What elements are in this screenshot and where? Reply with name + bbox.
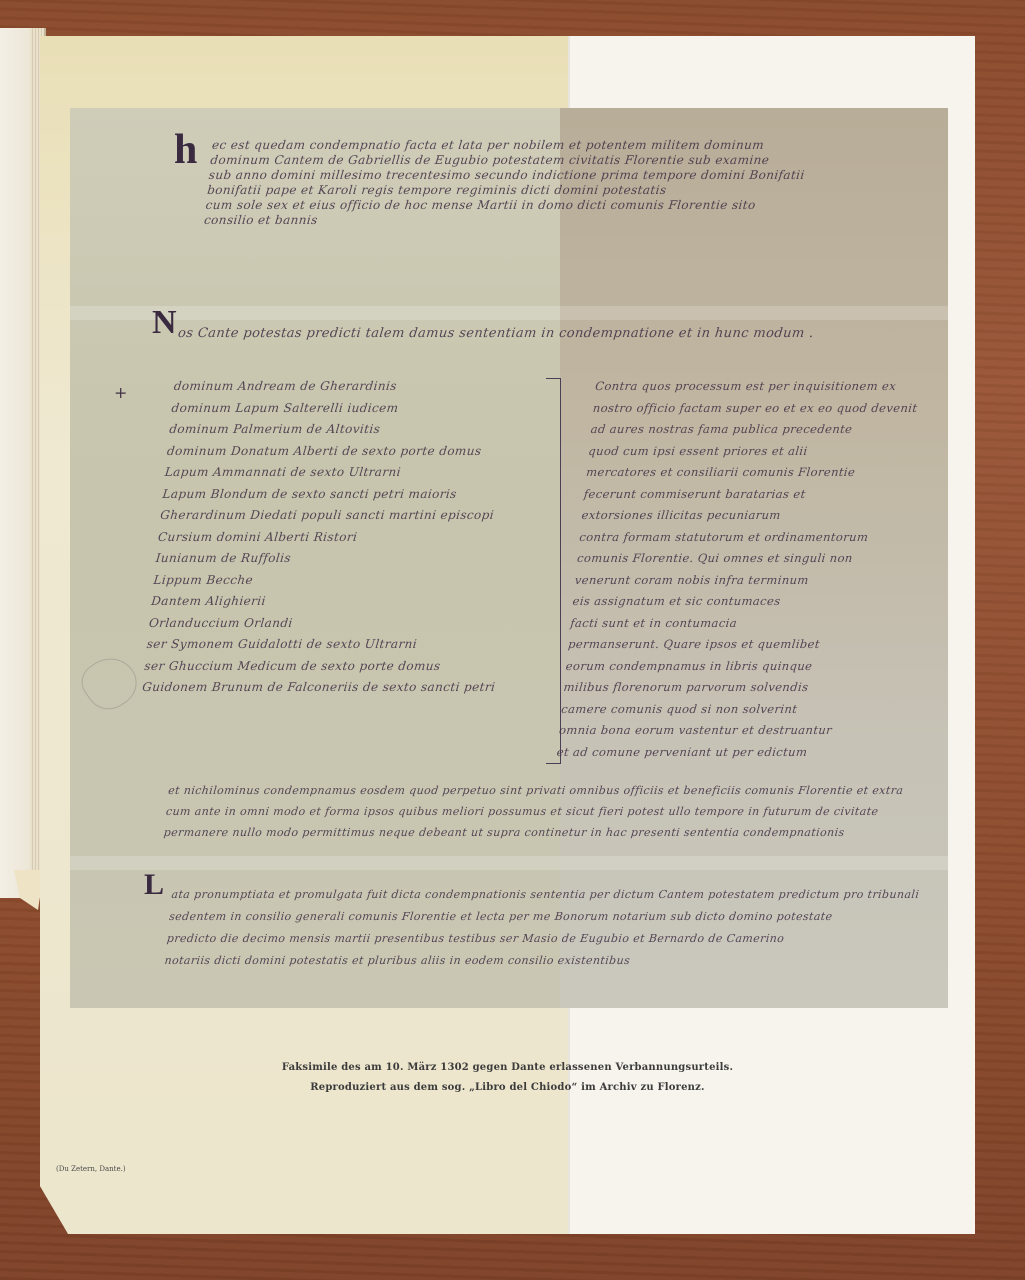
header-paragraph: ec est quedam condempnatio facta et lata… [203,138,808,228]
manuscript-line: predicto die decimo mensis martii presen… [166,928,916,950]
list-item: Gherardinum Diedati populi sancti martin… [159,505,514,527]
list-bracket [546,378,561,764]
list-item: Guidonem Brunum de Falconeriis de sexto … [141,677,496,699]
manuscript-line: quod cum ipsi essent priores et alii [587,441,914,463]
book-page-edges [0,28,46,898]
list-item: dominum Donatum Alberti de sexto porte d… [166,441,521,463]
list-item: Iunianum de Ruffolis [155,548,510,570]
manuscript-line: venerunt coram nobis infra terminum [574,570,901,592]
manuscript-line: cum ante in omni modo et forma ipsos qui… [165,801,902,822]
cross-mark-icon: + [114,383,127,402]
list-item: Lippum Becche [152,570,507,592]
manuscript-line: ata pronumptiata et promulgata fuit dict… [170,884,920,906]
manuscript-line: comunis Florentie. Qui omnes et singuli … [576,548,903,570]
footer-paragraph: ata pronumptiata et promulgata fuit dict… [163,884,920,972]
list-item: ser Ghuccium Medicum de sexto porte domu… [143,656,498,678]
list-item: dominum Lapum Salterelli iudicem [170,398,525,420]
manuscript-line: sub anno domini millesimo trecentesimo s… [208,168,805,183]
manuscript-line: ad aures nostras fama publica precedente [590,419,917,441]
manuscript-line: et nichilominus condempnamus eosdem quod… [167,780,904,801]
sentence-heading: os Cante potestas predicti talem damus s… [177,326,814,341]
caption-line-2: Reproduziert aus dem sog. „Libro del Chi… [40,1082,975,1093]
manuscript-line: et ad comune perveniant ut per edictum [556,742,883,764]
manuscript-line: mercatores et consiliarii comunis Floren… [585,462,912,484]
manuscript-line: milibus florenorum parvorum solvendis [562,677,889,699]
manuscript-line: sedentem in consilio generali comunis Fl… [168,906,918,928]
caption-line-1: Faksimile des am 10. März 1302 gegen Dan… [40,1062,975,1073]
credit-note: (Du Zetern, Dante.) [56,1165,126,1173]
manuscript-line: dominum Cantem de Gabriellis de Eugubio … [210,153,807,168]
manuscript-line: Contra quos processum est per inquisitio… [594,376,921,398]
list-item: ser Symonem Guidalotti de sexto Ultrarni [146,634,501,656]
manuscript-line: permanserunt. Quare ipsos et quemlibet [567,634,894,656]
manuscript-line: omnia bona eorum vastentur et destruantu… [558,720,885,742]
manuscript-line: consilio et bannis [203,213,800,228]
manuscript-line: camere comunis quod si non solverint [560,699,887,721]
charges-column: Contra quos processum est per inquisitio… [556,376,921,763]
manuscript-line: eis assignatum et sic contumaces [571,591,898,613]
manuscript-line: contra formam statutorum et ordinamentor… [578,527,905,549]
fold-band [70,856,948,870]
fold-band [70,306,948,320]
decorated-initial-h: h [174,126,197,174]
manuscript-line: facti sunt et in contumacia [569,613,896,635]
manuscript-line: extorsiones illicitas pecuniarum [581,505,908,527]
continuation-paragraph: et nichilominus condempnamus eosdem quod… [163,780,905,843]
decorated-initial-l: L [144,868,164,902]
manuscript-line: permanere nullo modo permittimus neque d… [163,822,900,843]
manuscript-line: cum sole sex et eius officio de hoc mens… [205,198,802,213]
manuscript-line: nostro officio factam super eo et ex eo … [592,398,919,420]
decorated-initial-n: N [152,304,177,342]
list-item: Lapum Blondum de sexto sancti petri maio… [161,484,516,506]
list-item: Dantem Alighierii [150,591,505,613]
list-item: Lapum Ammannati de sexto Ultrarni [164,462,519,484]
list-item: dominum Palmerium de Altovitis [168,419,523,441]
list-item: dominum Andream de Gherardinis [173,376,528,398]
manuscript-line: fecerunt commiserunt baratarias et [583,484,910,506]
manuscript-plate: h ec est quedam condempnatio facta et la… [70,108,948,1008]
manuscript-line: ec est quedam condempnatio facta et lata… [211,138,808,153]
manuscript-line: eorum condempnamus in libris quinque [565,656,892,678]
list-item: Cursium domini Alberti Ristori [157,527,512,549]
list-item: Orlanduccium Orlandi [148,613,503,635]
condemned-names-list: dominum Andream de Gherardinis dominum L… [141,376,528,699]
manuscript-line: notariis dicti domini potestatis et plur… [163,950,913,972]
manuscript-line: bonifatii pape et Karoli regis tempore r… [206,183,803,198]
